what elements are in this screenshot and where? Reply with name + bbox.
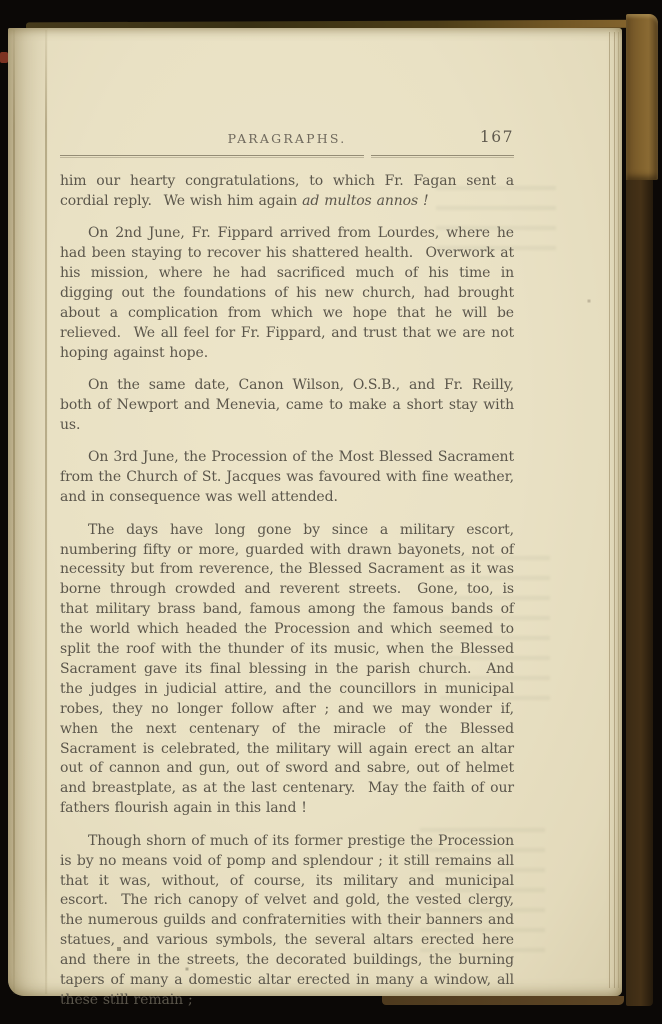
paragraph: On the same date, Canon Wilson, O.S.B., … xyxy=(60,376,514,436)
paragraph: him our hearty congratulations, to which… xyxy=(60,172,514,212)
page-number: 167 xyxy=(480,128,514,146)
page-fore-edge-lines xyxy=(606,32,622,988)
book-page: PARAGRAPHS. 167 him our hearty congratul… xyxy=(8,28,622,996)
page-edge-line xyxy=(614,32,615,988)
paragraph: Though shorn of much of its former prest… xyxy=(60,832,514,1011)
paragraph: The days have long gone by since a milit… xyxy=(60,521,514,820)
paragraph-text: him our hearty congratulations, to which… xyxy=(60,173,514,209)
book-cover-light-section xyxy=(626,14,658,180)
page-text: him our hearty congratulations, to which… xyxy=(60,172,514,1011)
paragraph: On 3rd June, the Procession of the Most … xyxy=(60,448,514,508)
latin-phrase-italic: ad multos annos ! xyxy=(302,193,428,209)
page-content: PARAGRAPHS. 167 him our hearty congratul… xyxy=(60,130,514,1023)
page-edge-line xyxy=(618,32,619,988)
paragraph-text: The days have long gone by since a milit… xyxy=(60,522,514,817)
header-rule-left-segment xyxy=(60,155,364,158)
book-cover-dark-section xyxy=(626,180,653,1006)
running-header-title: PARAGRAPHS. xyxy=(60,131,514,146)
running-header: PARAGRAPHS. 167 xyxy=(60,130,514,148)
page-gutter-crease xyxy=(45,30,47,994)
cover-red-speck xyxy=(0,52,8,63)
paragraph-text: Though shorn of much of its former prest… xyxy=(60,833,514,1008)
paragraph-text: On 3rd June, the Procession of the Most … xyxy=(60,449,514,505)
header-rule-right-segment xyxy=(371,155,514,158)
header-rule xyxy=(60,155,514,158)
book-cover-spine xyxy=(626,14,660,1006)
photograph-background: PARAGRAPHS. 167 him our hearty congratul… xyxy=(0,0,662,1024)
paragraph: On 2nd June, Fr. Fippard arrived from Lo… xyxy=(60,224,514,363)
paragraph-text: On the same date, Canon Wilson, O.S.B., … xyxy=(60,377,514,433)
dust-specks xyxy=(8,28,10,30)
paragraph-text: On 2nd June, Fr. Fippard arrived from Lo… xyxy=(60,225,514,360)
page-edge-line xyxy=(609,32,610,988)
page-gutter-crease xyxy=(13,30,15,994)
